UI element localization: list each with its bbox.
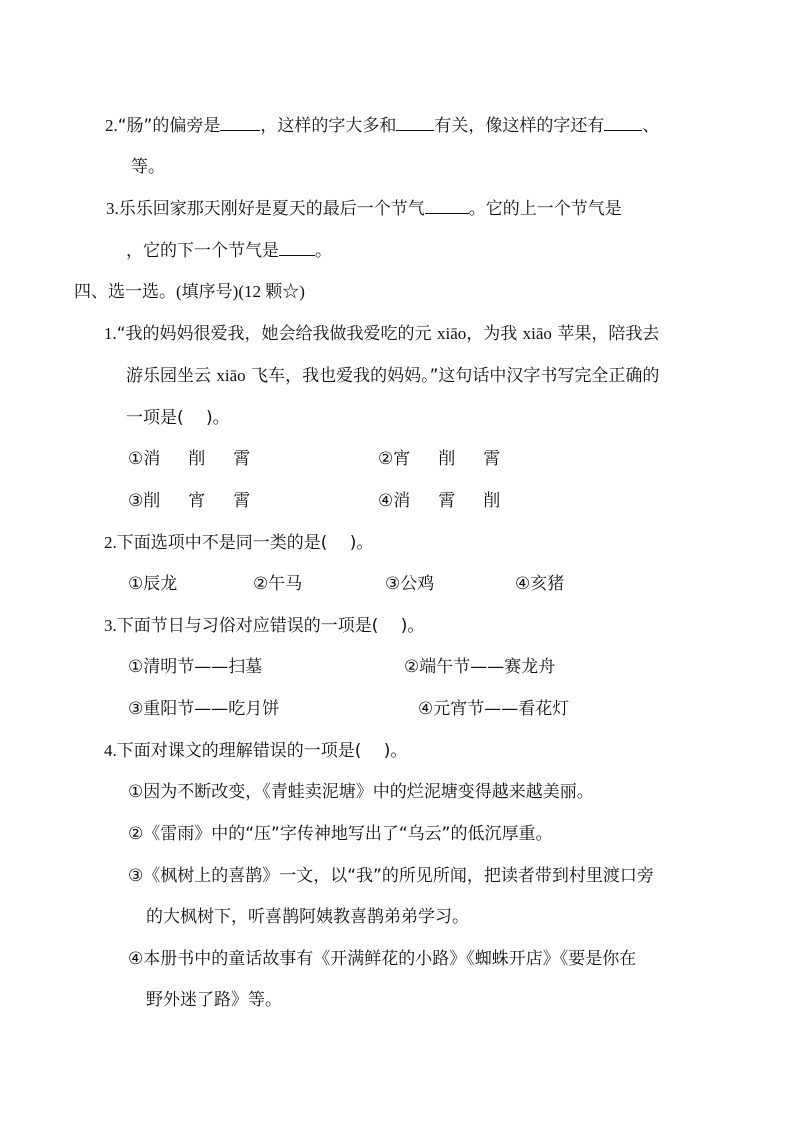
fill-question-3: 3.乐乐回家那天刚好是夏天的最后一个节气。它的上一个节气是 bbox=[106, 197, 622, 221]
pinyin: xiāo bbox=[216, 366, 245, 385]
option-1[interactable]: ①清明节——扫墓 bbox=[128, 655, 262, 679]
option-1[interactable]: ①消削霄 bbox=[128, 447, 250, 471]
option-4[interactable]: ④消霄削 bbox=[378, 489, 500, 513]
choice-question-1-line2: 游乐园坐云 xiāo 飞车，我也爱我的妈妈。”这句话中汉字书写完全正确的 bbox=[126, 364, 659, 388]
question-number: 2. bbox=[105, 116, 118, 135]
pinyin: xiāo bbox=[437, 324, 466, 343]
option-3-line2: 的大枫树下，听喜鹊阿姨教喜鹊弟弟学习。 bbox=[146, 905, 469, 929]
pinyin: xiāo bbox=[523, 324, 552, 343]
choice-question-3: 3.下面节日与习俗对应错误的一项是( )。 bbox=[104, 614, 424, 638]
section-note: (填序号)(12 颗☆) bbox=[176, 282, 305, 301]
choice-question-4: 4.下面对课文的理解错误的一项是( )。 bbox=[104, 739, 407, 763]
option-4[interactable]: ④本册书中的童话故事有《开满鲜花的小路》《蜘蛛开店》《要是你在 bbox=[128, 947, 636, 971]
option-4[interactable]: ④亥猪 bbox=[515, 572, 564, 596]
option-4-line2: 野外迷了路》等。 bbox=[146, 988, 282, 1012]
section-heading: 四、选一选。(填序号)(12 颗☆) bbox=[74, 280, 305, 304]
choice-question-1: 1.“我的妈妈很爱我，她会给我做我爱吃的元 xiāo，为我 xiāo 苹果，陪我… bbox=[104, 322, 659, 346]
option-2[interactable]: ②端午节——赛龙舟 bbox=[404, 655, 555, 679]
option-3[interactable]: ③公鸡 bbox=[385, 572, 434, 596]
option-4[interactable]: ④元宵节——看花灯 bbox=[418, 697, 569, 721]
option-2[interactable]: ②《雷雨》中的“压”字传神地写出了“乌云”的低沉厚重。 bbox=[128, 822, 552, 846]
choice-question-2: 2.下面选项中不是同一类的是( )。 bbox=[104, 531, 373, 555]
fill-question-3-line2: ，它的下一个节气是。 bbox=[126, 239, 332, 263]
option-3[interactable]: ③削宵霄 bbox=[128, 489, 250, 513]
answer-blank[interactable] bbox=[279, 239, 315, 256]
option-2[interactable]: ②午马 bbox=[253, 572, 302, 596]
choice-question-1-line3: 一项是( )。 bbox=[126, 406, 230, 430]
option-2[interactable]: ②宵削霄 bbox=[378, 447, 500, 471]
option-3[interactable]: ③重阳节——吃月饼 bbox=[128, 697, 279, 721]
fill-question-2: 2.“肠”的偏旁是，这样的字大多和有关，像这样的字还有、 bbox=[105, 114, 659, 138]
fill-question-2-line2: 等。 bbox=[131, 155, 165, 179]
option-1[interactable]: ①辰龙 bbox=[128, 572, 177, 596]
answer-blank[interactable] bbox=[604, 114, 642, 131]
option-3[interactable]: ③《枫树上的喜鹊》一文，以“我”的所见所闻，把读者带到村里渡口旁 bbox=[128, 864, 654, 888]
answer-blank[interactable] bbox=[425, 197, 469, 214]
answer-blank[interactable] bbox=[220, 114, 260, 131]
answer-blank[interactable] bbox=[396, 114, 434, 131]
option-1[interactable]: ①因为不断改变，《青蛙卖泥塘》中的烂泥塘变得越来越美丽。 bbox=[128, 780, 594, 804]
question-number: 3. bbox=[106, 199, 119, 218]
